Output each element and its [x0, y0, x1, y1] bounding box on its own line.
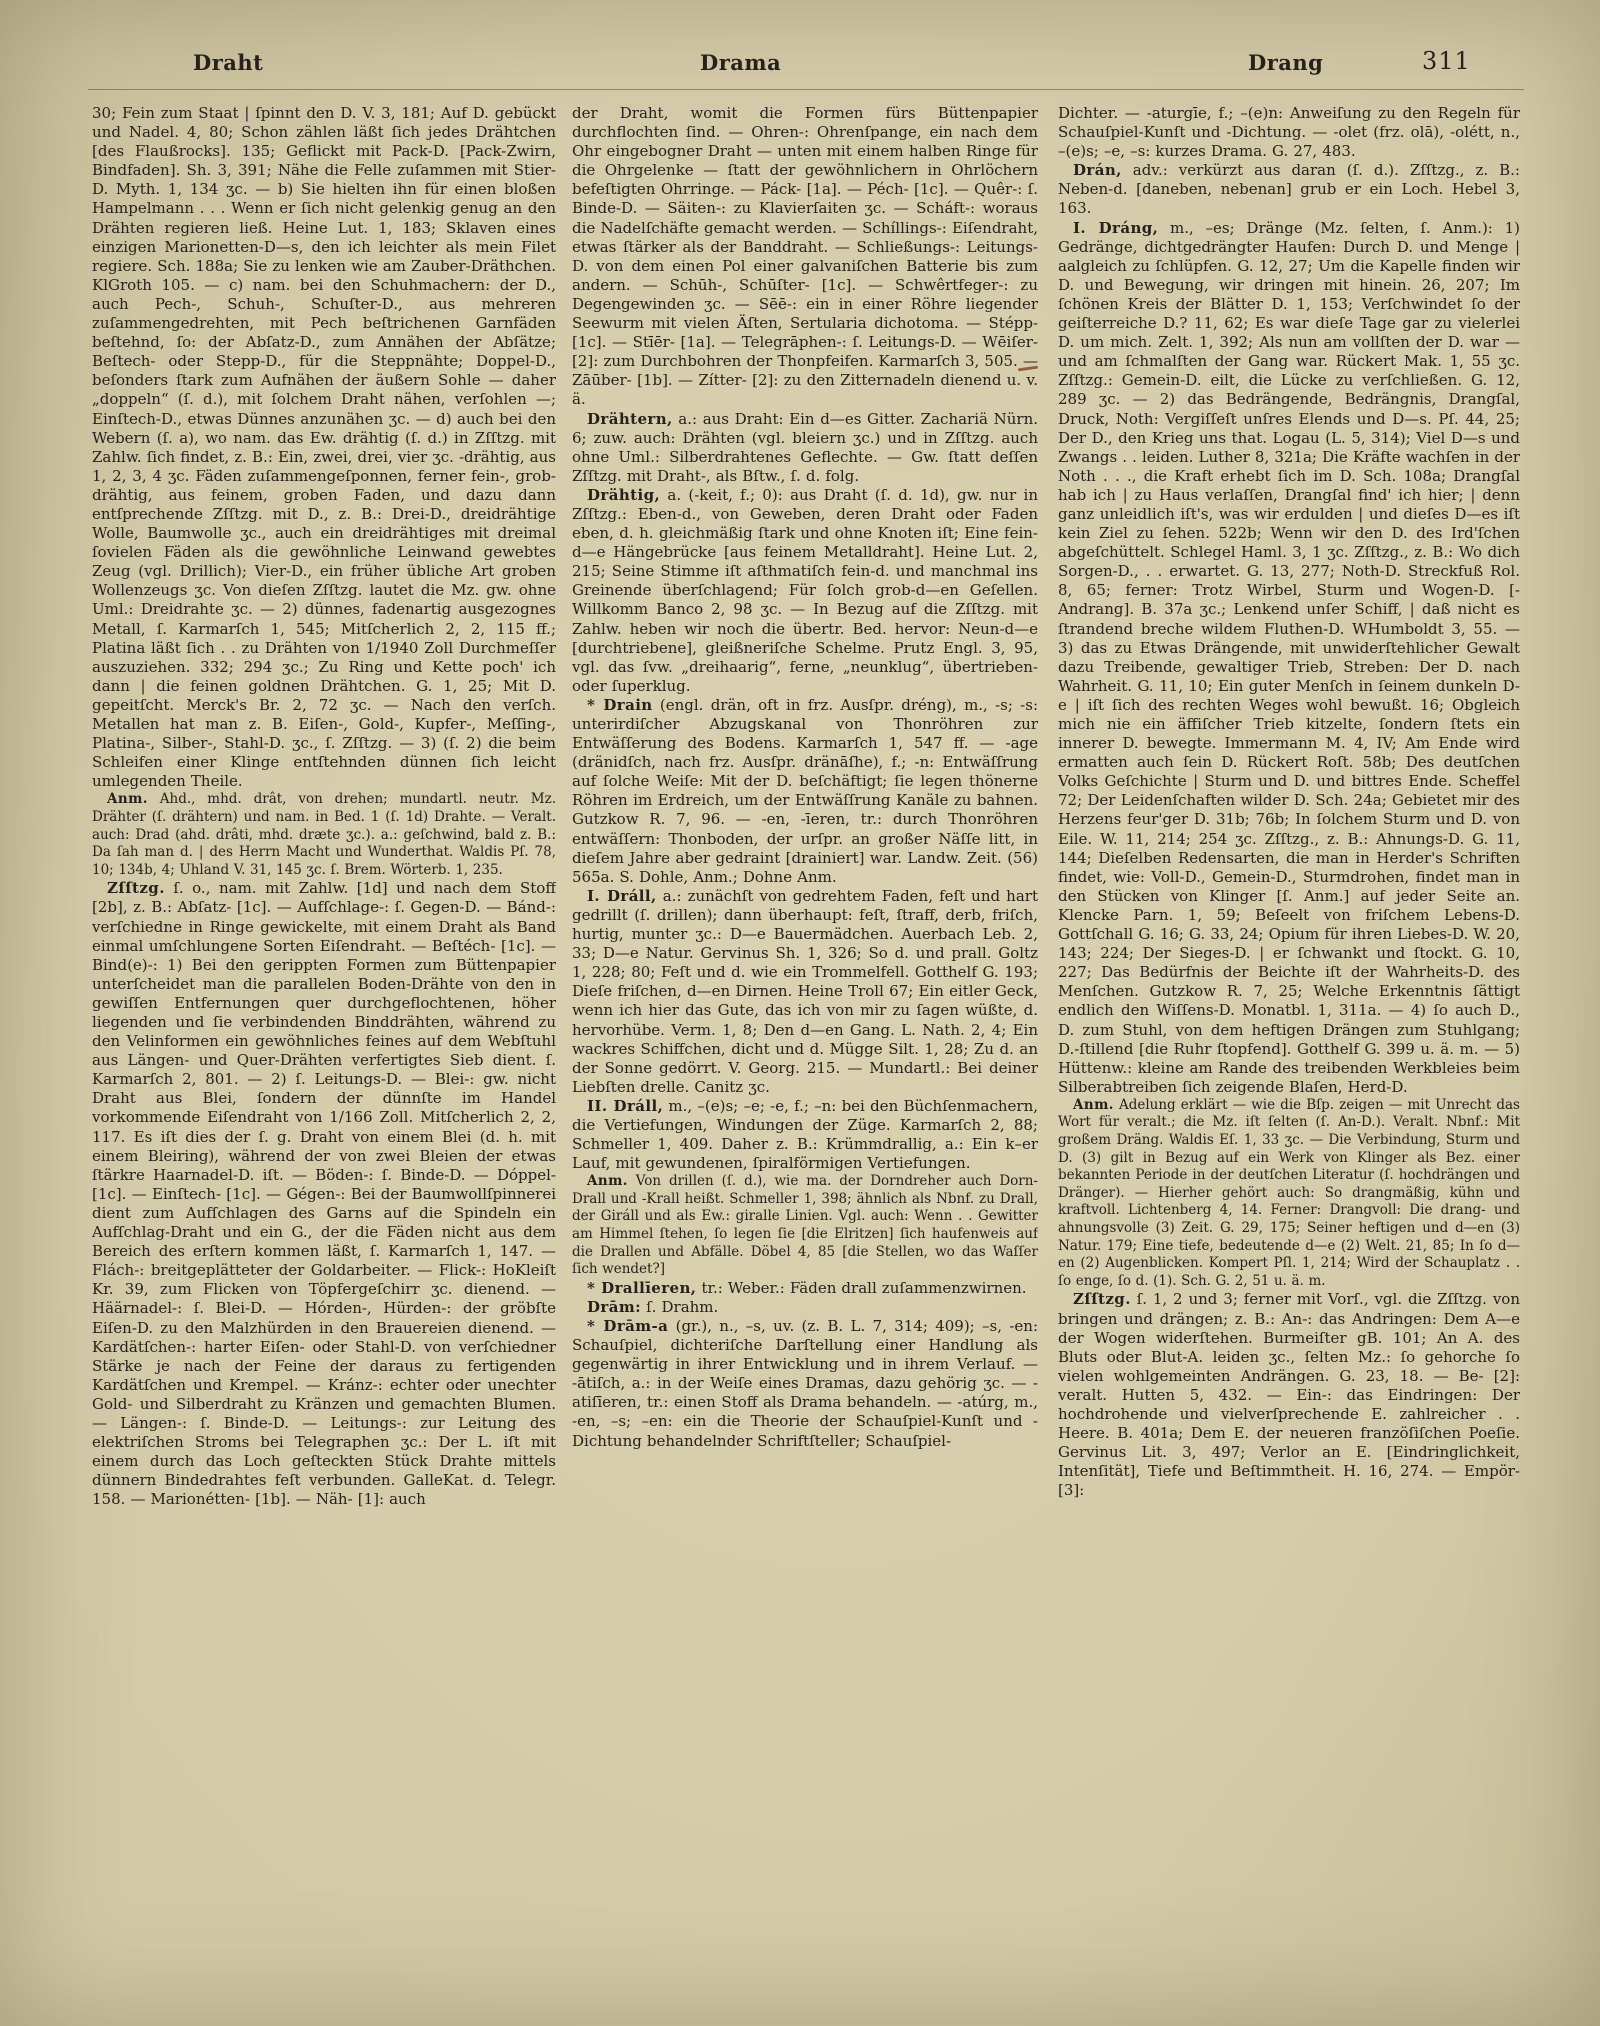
entry-dran: Drán, adv.: verkürzt aus daran (ſ. d.). … — [1058, 161, 1520, 218]
entry-draehtern: Drähtern, a.: aus Draht: Ein d—es Gitter… — [572, 410, 1038, 486]
entry-drang: I. Dráng, m., –es; Dränge (Mz. ſelten, ſ… — [1058, 219, 1520, 1097]
anm-paragraph-drang: Anm. Adelung erklärt — wie die Bſp. zeig… — [1058, 1097, 1520, 1291]
running-head-right: Drang — [1248, 50, 1323, 75]
running-head-center: Drama — [700, 50, 781, 75]
anm-paragraph-draht: Anm. Ahd., mhd. drât, von drehen; mundar… — [92, 791, 556, 879]
header-rule — [88, 89, 1524, 90]
entry-drall-2: II. Dráll, m., –(e)s; –e; -e, f.; –n: be… — [572, 1097, 1038, 1173]
column-left: 30; Fein zum Staat | ſpinnt den D. V. 3,… — [92, 104, 556, 1999]
dictionary-page: Draht Drama Drang 311 30; Fein zum Staat… — [0, 0, 1600, 2026]
entry-dram: Drām: ſ. Drahm. — [572, 1298, 1038, 1317]
entry-drain: * Drain (engl. drän, oft in frz. Ausſpr.… — [572, 696, 1038, 887]
running-head-left: Draht — [193, 50, 263, 75]
zsstzg-continuation: der Draht, womit die Formen fürs Büttenp… — [572, 104, 1038, 410]
column-center: der Draht, womit die Formen fürs Büttenp… — [572, 104, 1038, 1999]
entry-drallieren: * Drallīeren, tr.: Weber.: Fäden drall z… — [572, 1279, 1038, 1298]
entry-drama: * Drām-a (gr.), n., –s, uv. (z. B. L. 7,… — [572, 1317, 1038, 1451]
zsstzg-paragraph-drang: Zſſtzg. ſ. 1, 2 und 3; ferner mit Vorſ.,… — [1058, 1290, 1520, 1500]
entry-draehtig: Drähtig, a. (-keit, f.; 0): aus Draht (ſ… — [572, 486, 1038, 696]
anm-paragraph-drall: Anm. Von drillen (ſ. d.), wie ma. der Do… — [572, 1173, 1038, 1279]
zsstzg-paragraph-draht: Zſſtzg. ſ. o., nam. mit Zahlw. [1d] und … — [92, 879, 556, 1509]
entry-continuation-draht: 30; Fein zum Staat | ſpinnt den D. V. 3,… — [92, 104, 556, 791]
page-number: 311 — [1422, 47, 1471, 75]
entry-continuation-drama: Dichter. — -aturgīe, f.; –(e)n: Anweiſun… — [1058, 104, 1520, 161]
column-right: Dichter. — -aturgīe, f.; –(e)n: Anweiſun… — [1058, 104, 1520, 1999]
entry-drall-1: I. Dráll, a.: zunächſt von gedrehtem Fad… — [572, 887, 1038, 1097]
